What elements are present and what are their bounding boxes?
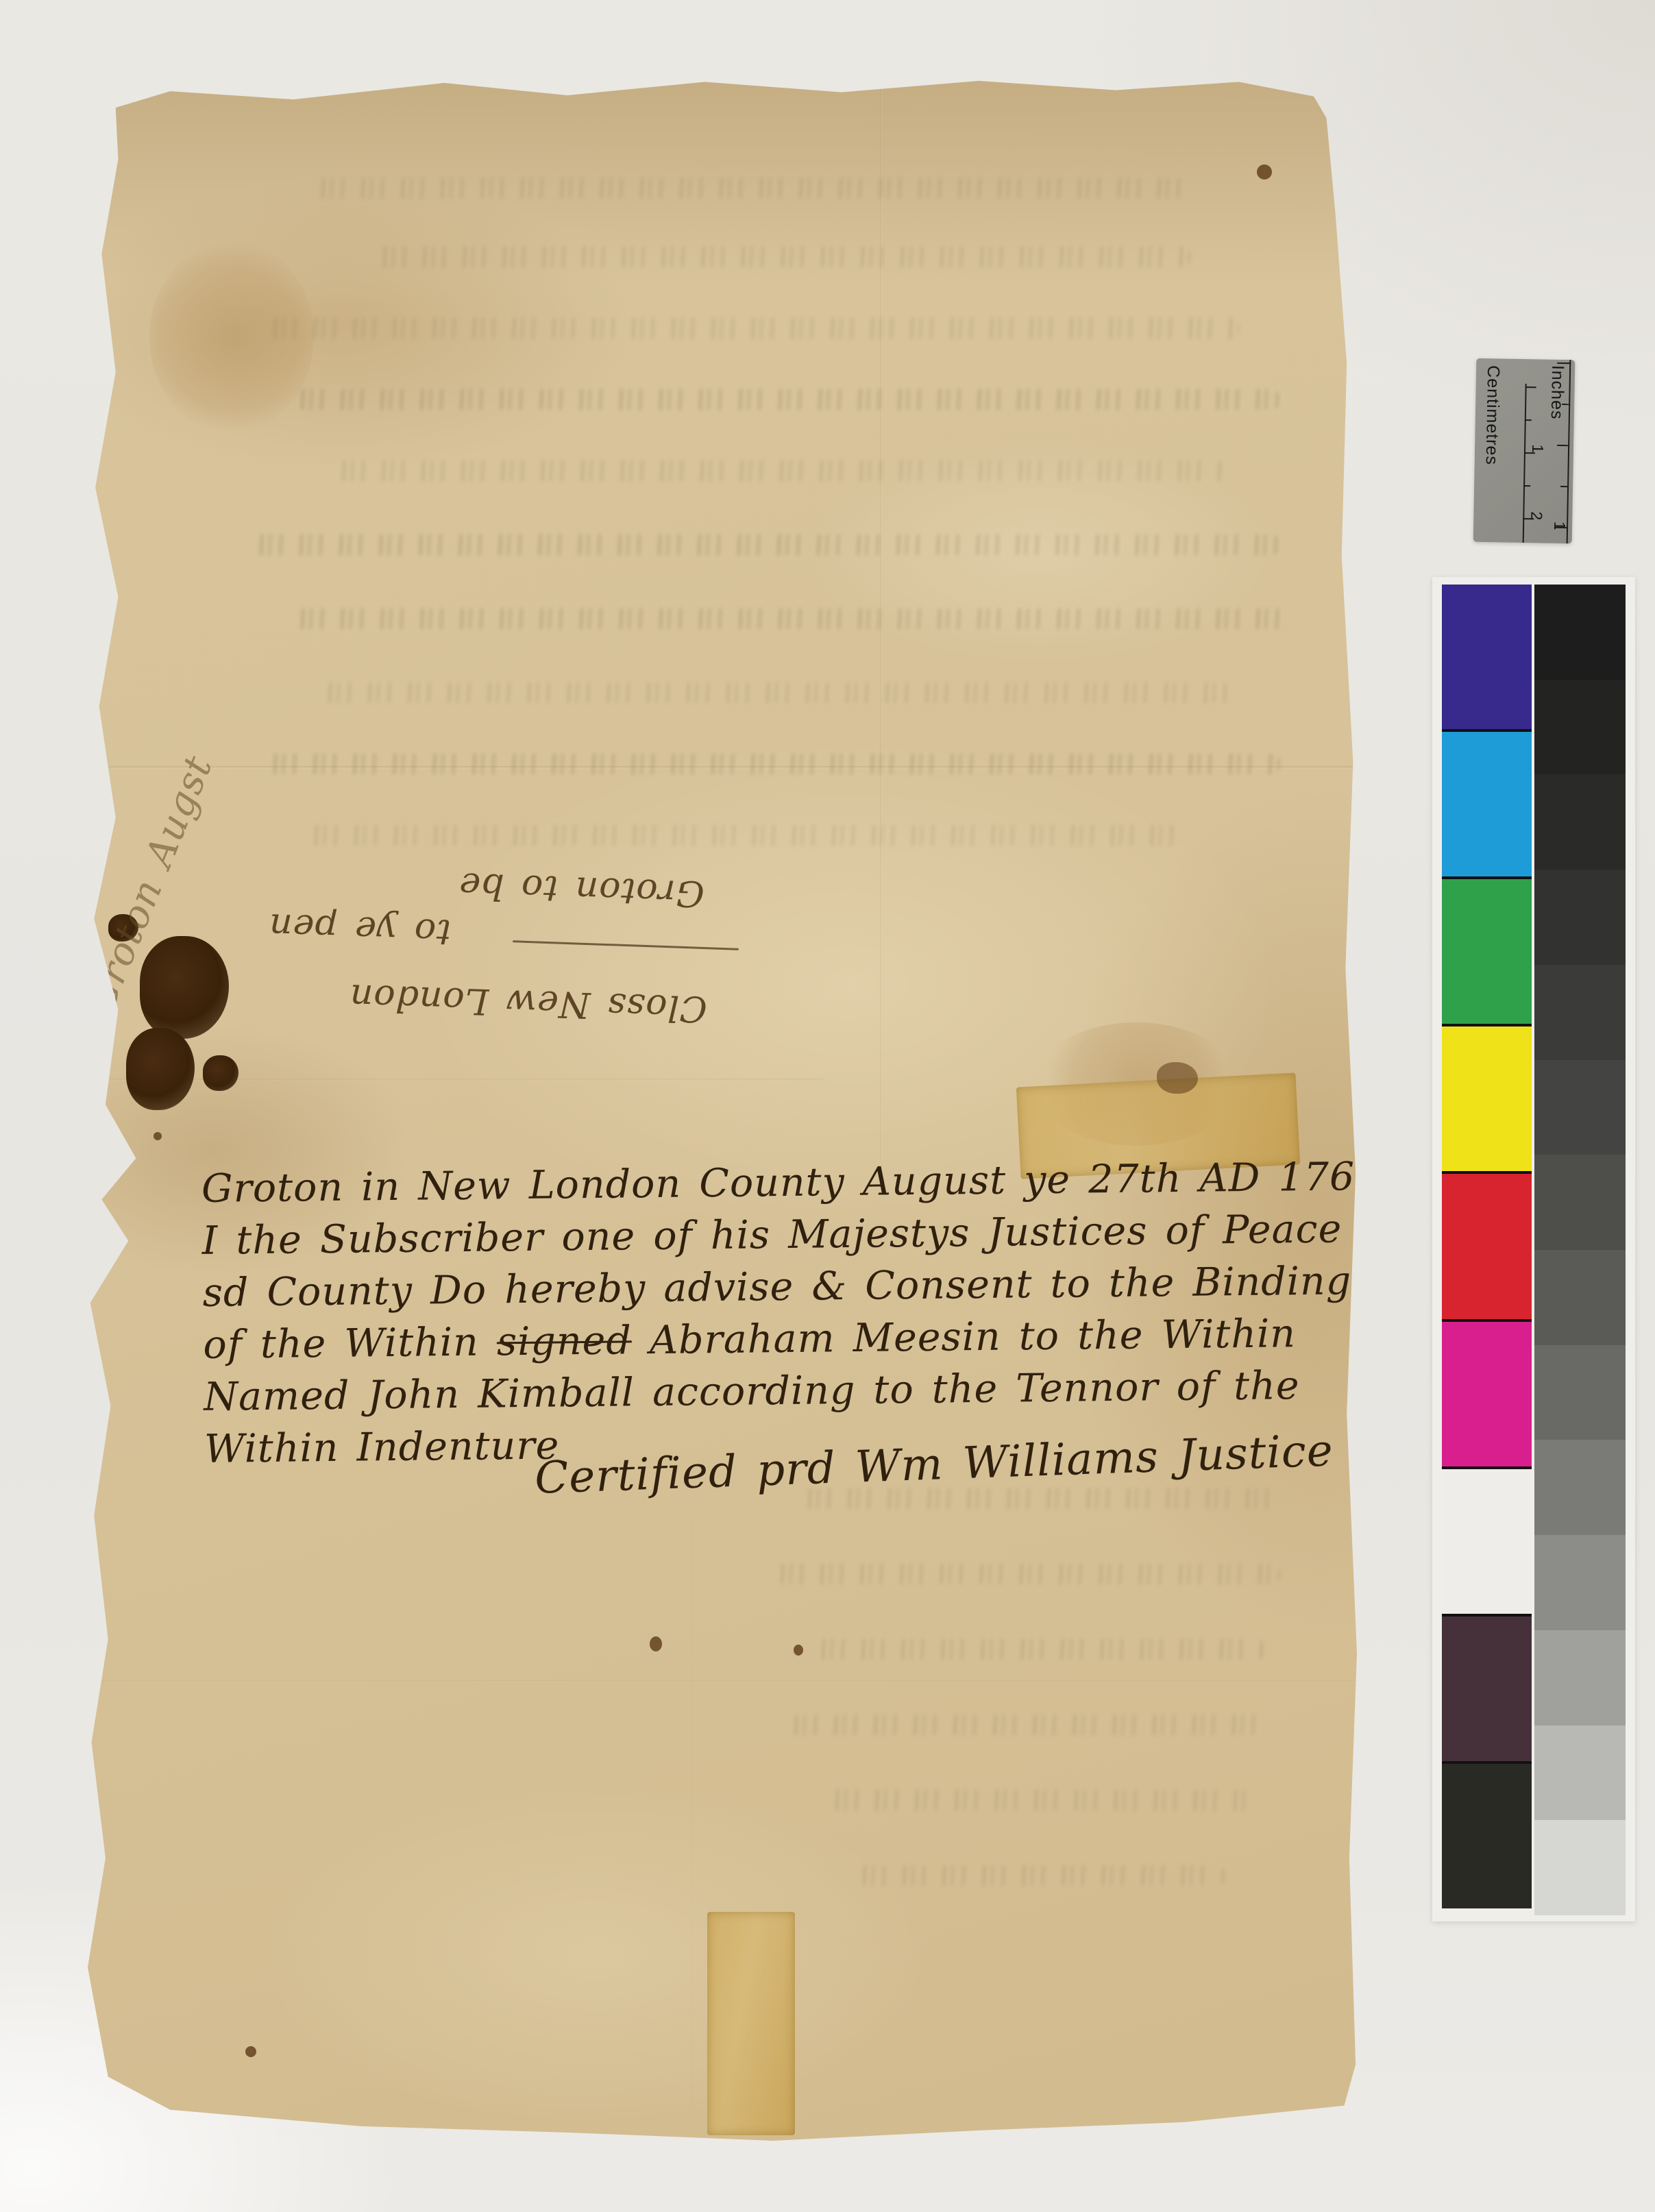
ink-blot: [140, 936, 229, 1039]
ghost-writing-line: [814, 1639, 1266, 1660]
ghost-writing-line: [828, 1790, 1253, 1810]
ghost-writing-line: [314, 178, 1191, 199]
grayscale-step-12: [1534, 1630, 1626, 1725]
ghost-writing-line: [293, 609, 1294, 629]
ghost-writing-line: [334, 460, 1225, 481]
grayscale-step-3: [1534, 774, 1626, 870]
ruler-tick: [1562, 404, 1570, 405]
ruler-tick: [1525, 419, 1532, 421]
ruler-cm-number-1: 1: [1528, 444, 1547, 454]
grayscale-step-2: [1534, 680, 1626, 775]
certificate-body-text: Groton in New London County August ye 27…: [201, 1151, 1370, 1475]
color-patch-red: [1442, 1174, 1532, 1318]
grayscale-step-column: [1534, 585, 1626, 1915]
ruler-tick: [1525, 386, 1536, 388]
ghost-writing-line: [266, 318, 1239, 339]
color-patch-indigo: [1442, 585, 1532, 729]
color-patch-black: [1442, 1764, 1532, 1908]
color-patch-white: [1442, 1469, 1532, 1614]
fold-line-horizontal-middle: [88, 1079, 824, 1081]
color-patch-column: [1442, 585, 1532, 1908]
ruler-tick: [1557, 445, 1569, 446]
ruler-tick: [1523, 485, 1530, 487]
ruler-inch-line: [1567, 360, 1571, 543]
ink-speck: [1257, 164, 1272, 180]
ghost-writing-line: [773, 1564, 1280, 1584]
ink-speck: [650, 1636, 662, 1651]
grayscale-step-1: [1534, 585, 1626, 680]
grayscale-step-4: [1534, 870, 1626, 965]
ghost-writing-line: [855, 1865, 1225, 1886]
ruler-inch-number-1: 1: [1550, 521, 1569, 531]
ink-blot: [126, 1028, 195, 1110]
ghost-writing-line: [787, 1715, 1266, 1735]
fold-line-horizontal-lower: [88, 1680, 1357, 1682]
grayscale-step-7: [1534, 1155, 1626, 1250]
ghost-writing-line: [307, 825, 1184, 846]
ruler-inches-label: Inches: [1547, 365, 1567, 420]
grayscale-step-14: [1534, 1820, 1626, 1915]
grayscale-step-11: [1534, 1535, 1626, 1630]
tape-stain: [1157, 1062, 1198, 1094]
fold-line-vertical-lower: [691, 1516, 692, 2133]
tape-repair-vertical: [707, 1912, 795, 2135]
ruler-tick: [1560, 486, 1569, 487]
ghost-writing-line: [252, 534, 1280, 555]
ruler-centimetres-label: Centimetres: [1482, 365, 1504, 465]
ruler-scale-card: Inches Centimetres 1 1 2: [1473, 358, 1576, 543]
grayscale-step-9: [1534, 1345, 1626, 1440]
grayscale-step-8: [1534, 1250, 1626, 1345]
color-patch-magenta: [1442, 1322, 1532, 1466]
grayscale-step-6: [1534, 1060, 1626, 1155]
grayscale-step-13: [1534, 1725, 1626, 1821]
ghost-writing-line: [321, 683, 1239, 703]
ink-blot: [203, 1055, 238, 1091]
struck-word: signed: [497, 1318, 633, 1364]
docket-line-closs-new-london: Closs New London: [227, 972, 708, 1029]
ghost-writing-line: [293, 389, 1280, 410]
color-patch-yellow: [1442, 1027, 1532, 1171]
water-stain: [149, 241, 314, 433]
photograph-of-manuscript: Groton Augst Groton to be to ye pen Clos…: [0, 0, 1655, 2212]
color-patch-blue: [1442, 732, 1532, 876]
docket-line-to-ye-pen: to ye pen: [204, 903, 452, 953]
ghost-writing-line: [376, 247, 1191, 267]
ruler-cm-number-2: 2: [1527, 511, 1545, 521]
ghost-writing-line: [266, 754, 1280, 774]
docket-underline-stroke: [513, 940, 739, 950]
manuscript-sheet: Groton Augst Groton to be to ye pen Clos…: [88, 77, 1357, 2141]
docket-line-groton-to-be: Groton to be: [471, 865, 705, 914]
ink-speck: [245, 2046, 256, 2057]
color-patch-green: [1442, 879, 1532, 1024]
ruler-tick: [1557, 362, 1571, 364]
ink-speck: [794, 1645, 803, 1656]
color-patch-maroon: [1442, 1617, 1532, 1761]
grayscale-step-10: [1534, 1440, 1626, 1535]
grayscale-step-5: [1534, 965, 1626, 1060]
ink-speck: [154, 1132, 162, 1140]
